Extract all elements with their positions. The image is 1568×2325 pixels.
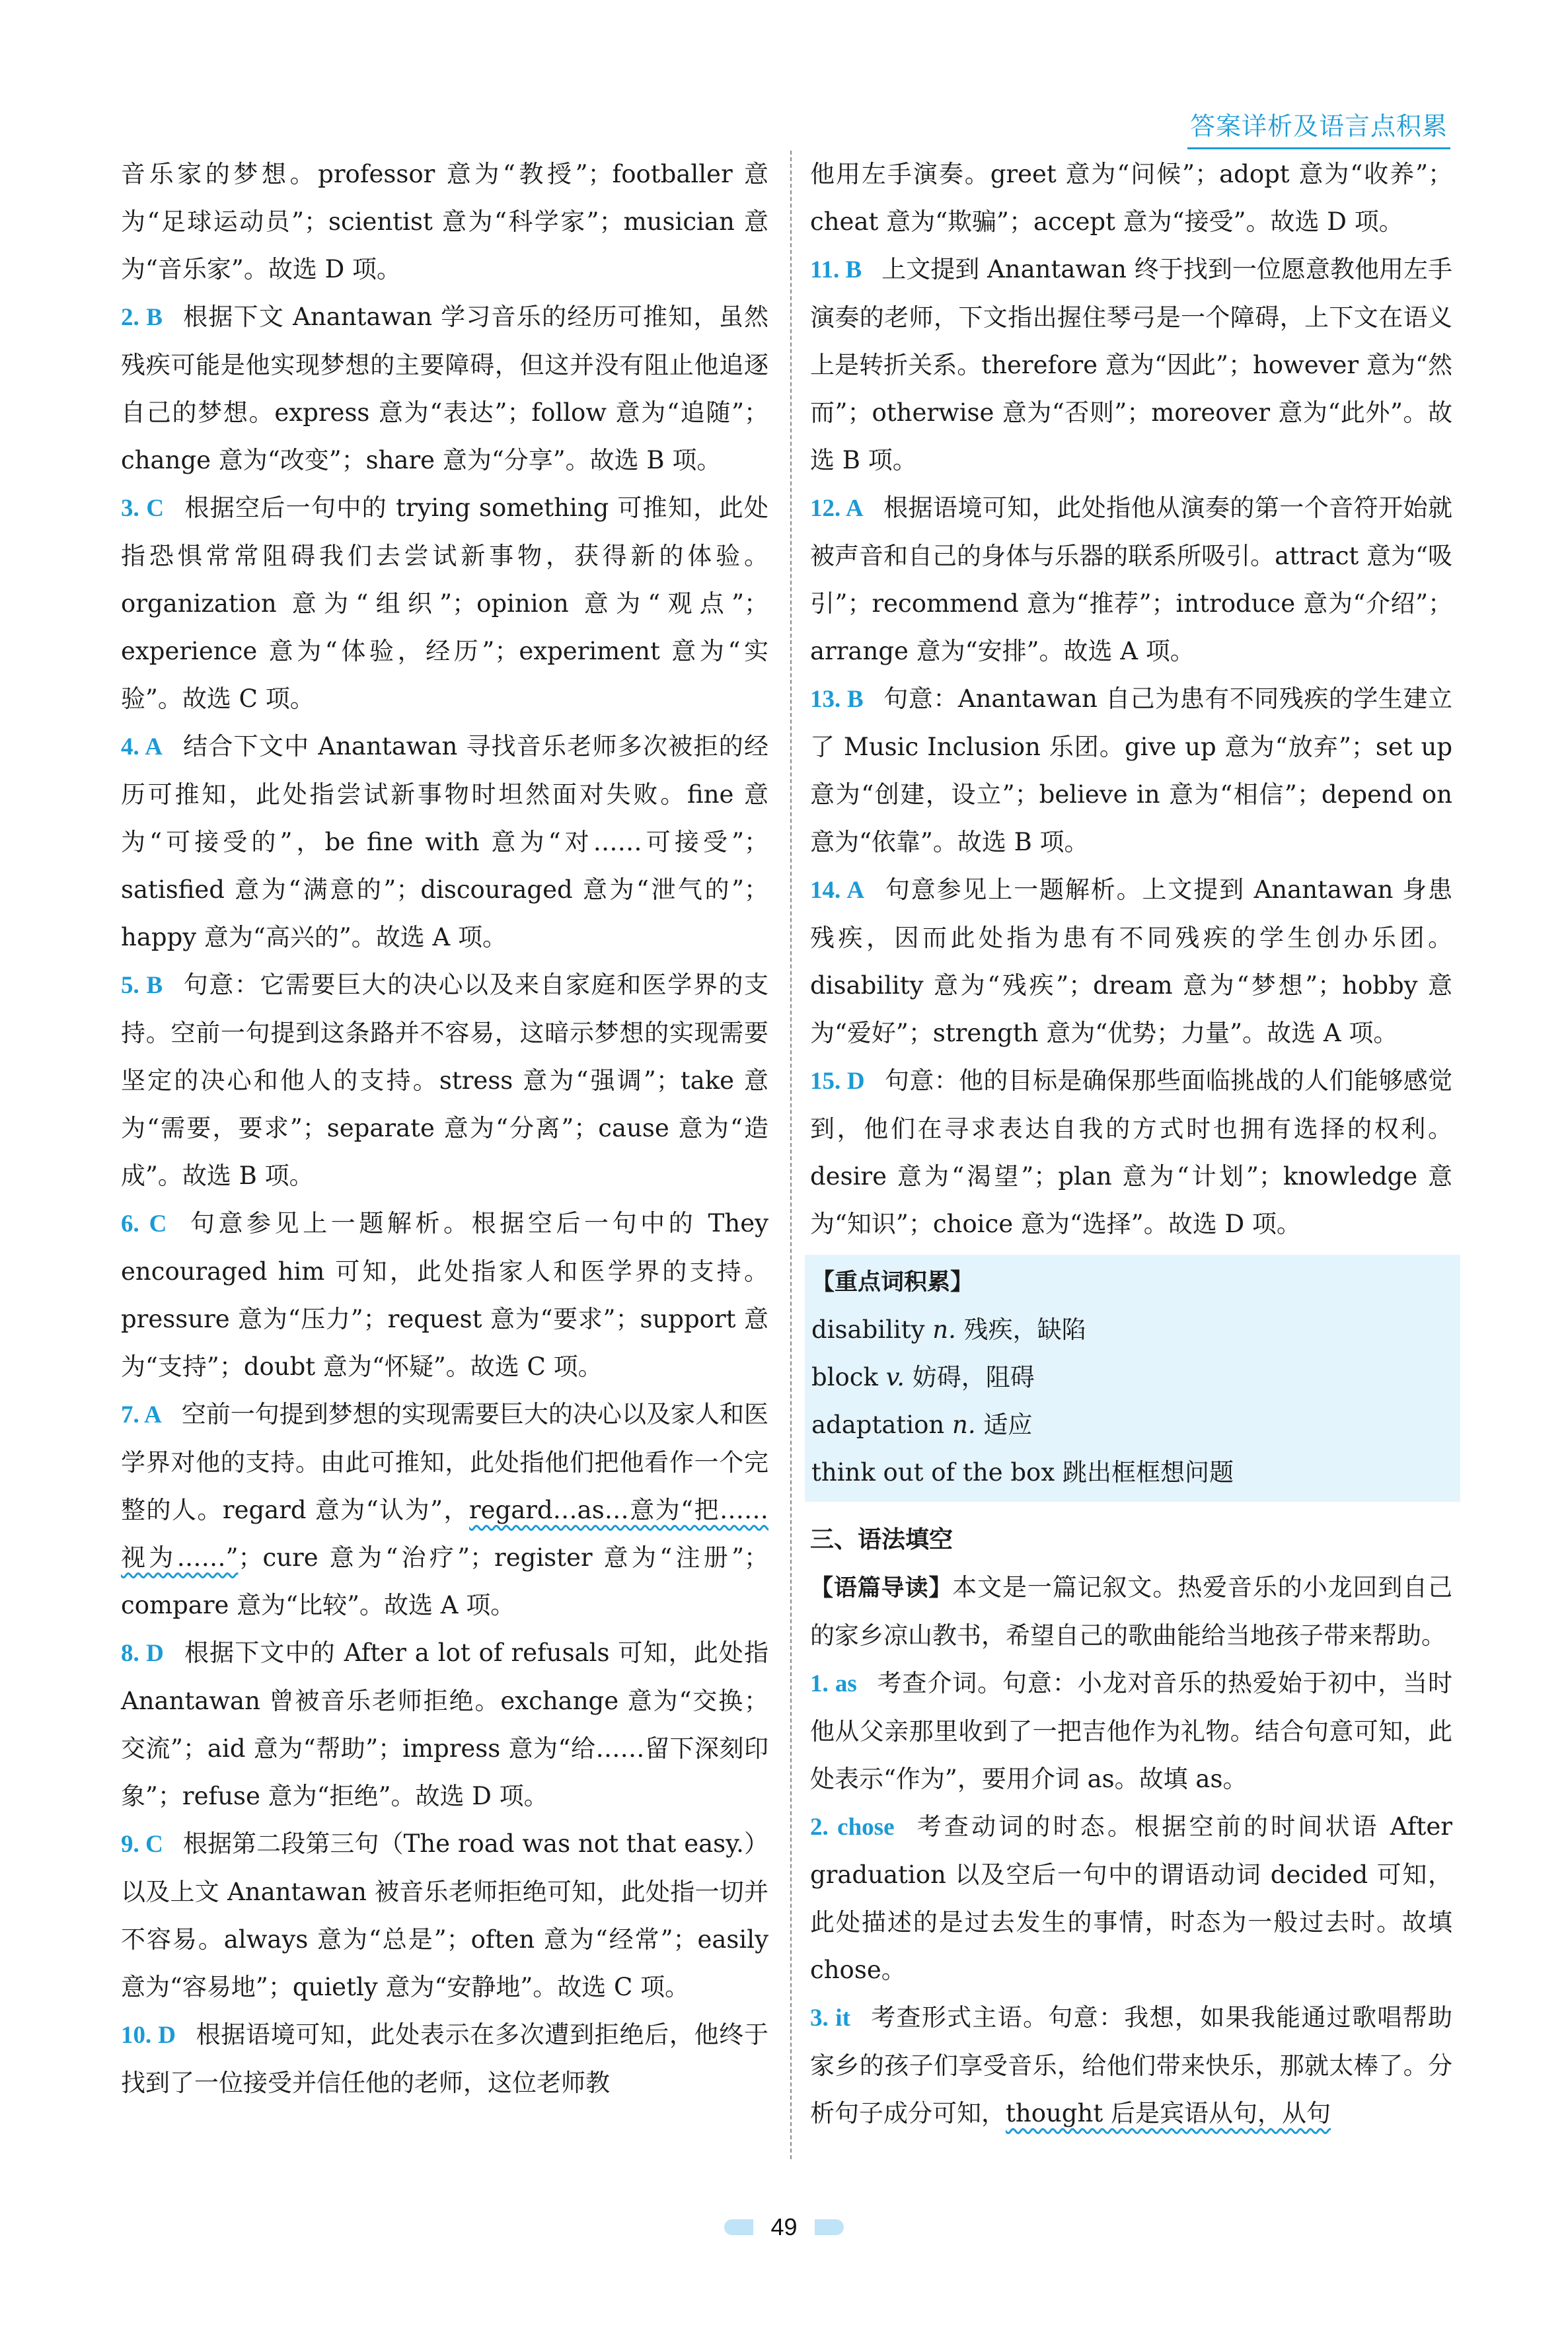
answer-number: 14. A bbox=[810, 877, 864, 904]
answer-text: 考查介词。句意：小龙对音乐的热爱始于初中，当时他从父亲那里收到了一把吉他作为礼物… bbox=[810, 1669, 1452, 1793]
left-column: 音乐家的梦想。professor 意为“教授”；footballer 意为“足球… bbox=[121, 151, 768, 2107]
answer-number: 7. A bbox=[121, 1401, 162, 1428]
answer-number: 11. B bbox=[810, 256, 862, 283]
answer-item: 14. A句意参见上一题解析。上文提到 Anantawan 身患残疾，因而此处指… bbox=[810, 866, 1452, 1057]
vocab-word: think out of the box bbox=[811, 1458, 1055, 1487]
answer-item: 12. A根据语境可知，此处指他从演奏的第一个音符开始就被声音和自己的身体与乐器… bbox=[810, 484, 1452, 675]
vocab-pos: n. bbox=[932, 1315, 956, 1344]
answer-text: 根据下文中的 After a lot of refusals 可知，此处指 An… bbox=[121, 1639, 768, 1810]
answer-item: 15. D句意：他的目标是确保那些面临挑战的人们能够感觉到，他们在寻求表达自我的… bbox=[810, 1057, 1452, 1248]
answer-number: 15. D bbox=[810, 1068, 865, 1095]
answer-text: 根据空后一句中的 trying something 可推知，此处指恐惧常常阻碍我… bbox=[121, 494, 768, 713]
vocab-entry: block v. 妨碍，阻碍 bbox=[811, 1354, 1454, 1401]
answer-text: 根据语境可知，此处表示在多次遭到拒绝后，他终于找到了一位接受并信任他的老师，这位… bbox=[121, 2020, 768, 2097]
answer-number: 2. B bbox=[121, 304, 163, 331]
passage-lead: 【语篇导读】本文是一篇记叙文。热爱音乐的小龙回到自己的家乡凉山教书，希望自己的歌… bbox=[810, 1564, 1452, 1660]
answer-item: 3. it考查形式主语。句意：我想，如果我能通过歌唱帮助家乡的孩子们享受音乐，给… bbox=[810, 1994, 1452, 2137]
vocab-meaning: 适应 bbox=[983, 1411, 1032, 1439]
answer-number: 4. A bbox=[121, 733, 163, 760]
column-divider bbox=[790, 151, 792, 2159]
answer-item: 11. B上文提到 Anantawan 终于找到一位愿意教他用左手演奏的老师，下… bbox=[810, 246, 1452, 484]
answer-text: 他用左手演奏。greet 意为“问候”；adopt 意为“收养”；cheat 意… bbox=[810, 160, 1452, 236]
answer-item: 4. A结合下文中 Anantawan 寻找音乐老师多次被拒的经历可推知，此处指… bbox=[121, 723, 768, 961]
answer-text: 音乐家的梦想。professor 意为“教授”；footballer 意为“足球… bbox=[121, 160, 768, 283]
answer-item: 3. C根据空后一句中的 trying something 可推知，此处指恐惧常… bbox=[121, 484, 768, 723]
answer-text: 考查动词的时态。根据空前的时间状语 After graduation 以及空后一… bbox=[810, 1812, 1452, 1984]
answer-item: 5. B句意：它需要巨大的决心以及来自家庭和医学界的支持。空前一句提到这条路并不… bbox=[121, 961, 768, 1200]
section-title: 三、语法填空 bbox=[810, 1516, 1452, 1564]
answer-item: 10. D根据语境可知，此处表示在多次遭到拒绝后，他终于找到了一位接受并信任他的… bbox=[121, 2011, 768, 2107]
answer-number: 3. it bbox=[810, 2005, 850, 2032]
vocab-entry: think out of the box 跳出框框想问题 bbox=[811, 1449, 1454, 1496]
passage-lead-label: 【语篇导读】 bbox=[810, 1575, 952, 1602]
page-number: 49 bbox=[770, 2213, 797, 2241]
answer-item: 13. B句意：Anantawan 自己为患有不同残疾的学生建立了 Music … bbox=[810, 675, 1452, 866]
answer-number: 10. D bbox=[121, 2022, 176, 2049]
highlighted-phrase: thought 后是宾语从句，从句 bbox=[1006, 2099, 1331, 2127]
page-header-title: 答案详析及语言点积累 bbox=[1187, 106, 1450, 149]
answer-text: 句意：它需要巨大的决心以及来自家庭和医学界的支持。空前一句提到这条路并不容易，这… bbox=[121, 971, 768, 1190]
vocab-accumulation-box: 【重点词积累】 disability n. 残疾，缺陷 block v. 妨碍，… bbox=[805, 1255, 1460, 1502]
answer-number: 6. C bbox=[121, 1210, 167, 1237]
answer-number: 9. C bbox=[121, 1831, 163, 1858]
answer-item: 2. B根据下文 Anantawan 学习音乐的经历可推知，虽然残疾可能是他实现… bbox=[121, 293, 768, 484]
answer-item: 2. chose考查动词的时态。根据空前的时间状语 After graduati… bbox=[810, 1803, 1452, 1994]
answer-text: 上文提到 Anantawan 终于找到一位愿意教他用左手演奏的老师，下文指出握住… bbox=[810, 255, 1452, 474]
vocab-entry: disability n. 残疾，缺陷 bbox=[811, 1306, 1454, 1354]
answer-number: 3. C bbox=[121, 495, 164, 522]
answer-number: 2. chose bbox=[810, 1814, 895, 1841]
vocab-meaning: 跳出框框想问题 bbox=[1063, 1458, 1234, 1487]
vocab-pos: n. bbox=[952, 1411, 976, 1439]
answer-text: 句意参见上一题解析。上文提到 Anantawan 身患残疾，因而此处指为患有不同… bbox=[810, 875, 1452, 1047]
answer-number: 1. as bbox=[810, 1670, 857, 1697]
vocab-word: disability bbox=[811, 1315, 925, 1344]
answer-number: 8. D bbox=[121, 1640, 164, 1667]
vocab-entry: adaptation n. 适应 bbox=[811, 1401, 1454, 1449]
answer-text: 根据第二段第三句（The road was not that easy.）以及上… bbox=[121, 1829, 768, 2001]
vocab-pos: v. bbox=[886, 1363, 905, 1391]
footer-pill-decoration-right bbox=[815, 2219, 844, 2235]
answer-number: 12. A bbox=[810, 495, 864, 522]
vocab-word: block bbox=[811, 1363, 878, 1391]
answer-number: 13. B bbox=[810, 686, 864, 713]
answer-text: 句意：Anantawan 自己为患有不同残疾的学生建立了 Music Inclu… bbox=[810, 684, 1452, 856]
vocab-meaning: 残疾，缺陷 bbox=[964, 1315, 1086, 1344]
answer-text: 结合下文中 Anantawan 寻找音乐老师多次被拒的经历可推知，此处指尝试新事… bbox=[121, 732, 768, 951]
vocab-meaning: 妨碍，阻碍 bbox=[913, 1363, 1035, 1391]
answer-item: 他用左手演奏。greet 意为“问候”；adopt 意为“收养”；cheat 意… bbox=[810, 151, 1452, 246]
answer-item: 音乐家的梦想。professor 意为“教授”；footballer 意为“足球… bbox=[121, 151, 768, 293]
footer-pill-decoration-left bbox=[724, 2219, 753, 2235]
answer-number: 5. B bbox=[121, 972, 163, 999]
answer-text: 根据下文 Anantawan 学习音乐的经历可推知，虽然残疾可能是他实现梦想的主… bbox=[121, 303, 768, 474]
page-footer: 49 bbox=[0, 2213, 1568, 2241]
vocab-box-title: 【重点词积累】 bbox=[811, 1259, 1454, 1306]
answer-text: 根据语境可知，此处指他从演奏的第一个音符开始就被声音和自己的身体与乐器的联系所吸… bbox=[810, 494, 1452, 665]
answer-text: 句意：他的目标是确保那些面临挑战的人们能够感觉到，他们在寻求表达自我的方式时也拥… bbox=[810, 1066, 1452, 1238]
answer-item: 6. C句意参见上一题解析。根据空后一句中的 They encouraged h… bbox=[121, 1200, 768, 1391]
answer-item: 9. C根据第二段第三句（The road was not that easy.… bbox=[121, 1820, 768, 2011]
answer-text: 句意参见上一题解析。根据空后一句中的 They encouraged him 可… bbox=[121, 1209, 768, 1381]
vocab-word: adaptation bbox=[811, 1411, 944, 1439]
answer-item: 7. A空前一句提到梦想的实现需要巨大的决心以及家人和医学界对他的支持。由此可推… bbox=[121, 1391, 768, 1629]
answer-item: 8. D根据下文中的 After a lot of refusals 可知，此处… bbox=[121, 1629, 768, 1820]
right-column: 他用左手演奏。greet 意为“问候”；adopt 意为“收养”；cheat 意… bbox=[810, 151, 1452, 2137]
answer-item: 1. as考查介词。句意：小龙对音乐的热爱始于初中，当时他从父亲那里收到了一把吉… bbox=[810, 1660, 1452, 1803]
